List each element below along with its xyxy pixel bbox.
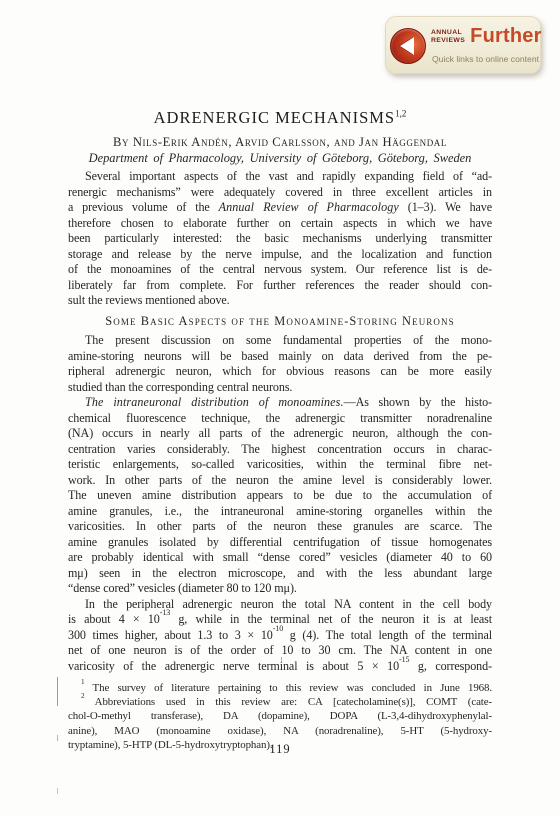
text-line: therefore chosen to elaborate further on… <box>68 216 492 232</box>
badge-header: ANNUAL REVIEWS Further <box>431 25 542 48</box>
text-line: of the monoamines of the central nervous… <box>68 262 492 278</box>
distribution-paragraph: The intraneuronal distribution of monoam… <box>68 395 492 597</box>
affiliation: Department of Pharmacology, University o… <box>0 151 560 166</box>
text-line: In the peripheral adrenergic neuron the … <box>68 597 492 613</box>
scan-artifact-tick <box>57 788 58 794</box>
text-line: “dense cored” vesicles (diameter 80 to 1… <box>68 581 492 597</box>
text-line: 2 Abbreviations used in this review are:… <box>68 695 492 709</box>
text-line: been particularly interested: the basic … <box>68 231 492 247</box>
further-label: Further <box>470 25 541 48</box>
text-line: renergic mechanisms” were adequately cov… <box>68 185 492 201</box>
text-line: teristic enlargements, so-called varicos… <box>68 457 492 473</box>
text-line: Several important aspects of the vast an… <box>68 169 492 185</box>
title-superscript: 1,2 <box>395 109 406 119</box>
scan-artifact-tick <box>281 657 282 662</box>
text-line: amine-storing neurons will be based main… <box>68 349 492 365</box>
badge-tagline: Quick links to online content <box>432 54 539 64</box>
text-line: storage and release by the nerve impulse… <box>68 247 492 263</box>
text-line: amine granules, i.e., the intraneuronal … <box>68 504 492 520</box>
section-heading: Some Basic Aspects of the Monoamine-Stor… <box>68 314 492 330</box>
text-line: anine), MAO (monoamine oxidase), NA (nor… <box>68 724 492 738</box>
back-arrow-icon <box>390 28 426 64</box>
intro-paragraph: Several important aspects of the vast an… <box>68 169 492 309</box>
text-line: (NA) occurs in nearly all parts of the a… <box>68 426 492 442</box>
text-line: mμ) seen in the electron microscope, and… <box>68 566 492 582</box>
page-title: ADRENERGIC MECHANISMS1,2 <box>0 108 560 128</box>
footnote-1: 1 The survey of literature pertaining to… <box>68 681 492 695</box>
text-line: 300 times higher, about 1.3 to 3 × 10-10… <box>68 628 492 644</box>
scan-artifact-line <box>57 677 58 706</box>
text-line: sult the reviews mentioned above. <box>68 293 492 309</box>
annual-reviews-logo-text: ANNUAL REVIEWS <box>431 29 465 45</box>
journal-page: ANNUAL REVIEWS Further Quick links to on… <box>0 0 560 816</box>
text-line: studied than the corresponding central n… <box>68 380 492 396</box>
text-line: net of one neuron is of the order of 10 … <box>68 643 492 659</box>
text-line: varicosity of the adrenergic nerve termi… <box>68 659 492 675</box>
text-line: chol-O-methyl transferase), DA (dopamine… <box>68 709 492 723</box>
byline: By Nils-Erik Andén, Arvid Carlsson, and … <box>0 135 560 150</box>
text-line: a previous volume of the Annual Review o… <box>68 200 492 216</box>
text-line: are probably identical with small “dense… <box>68 550 492 566</box>
na-content-paragraph: In the peripheral adrenergic neuron the … <box>68 597 492 675</box>
text-line: The intraneuronal distribution of monoam… <box>68 395 492 411</box>
text-line: work. In other parts of the neuron the a… <box>68 473 492 489</box>
text-line: varicosities. In other parts of the neur… <box>68 519 492 535</box>
page-number: 119 <box>0 742 560 757</box>
brand-line-1: ANNUAL <box>431 29 465 37</box>
text-line: chemical fluorescence technique, the adr… <box>68 411 492 427</box>
title-text: ADRENERGIC MECHANISMS <box>154 108 395 127</box>
scan-artifact-tick <box>57 735 58 741</box>
left-triangle-icon <box>400 37 414 55</box>
text-line: liberately far from complete. For furthe… <box>68 278 492 294</box>
text-line: 1 The survey of literature pertaining to… <box>68 681 492 695</box>
text-line: ripheral adrenergic neuron, which for ob… <box>68 364 492 380</box>
annual-reviews-further-badge[interactable]: ANNUAL REVIEWS Further Quick links to on… <box>385 16 541 74</box>
text-line: centration varies considerably. The high… <box>68 442 492 458</box>
text-line: The uneven amine distribution appears to… <box>68 488 492 504</box>
article-body: Several important aspects of the vast an… <box>68 169 492 752</box>
text-line: amine granules isolated by differential … <box>68 535 492 551</box>
basic-aspects-paragraph: The present discussion on some fundament… <box>68 333 492 395</box>
text-line: The present discussion on some fundament… <box>68 333 492 349</box>
brand-line-2: REVIEWS <box>431 37 465 45</box>
